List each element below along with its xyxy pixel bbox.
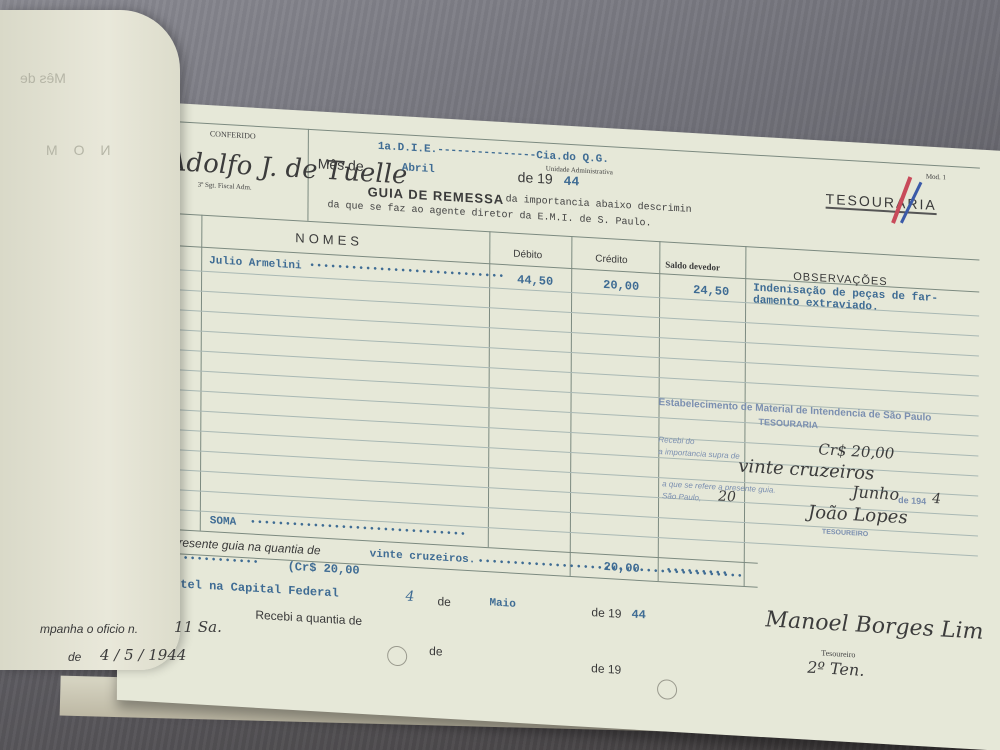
footer-year-prefix: de 19 xyxy=(591,605,621,621)
binding-hole xyxy=(387,645,407,666)
col-divider-posto xyxy=(200,215,203,531)
guia-de-remessa-form: CONFERIDO Adolfo J. de Tuelle 3º Sgt. Fi… xyxy=(117,100,1000,750)
stamp-month: Junho xyxy=(852,482,899,504)
year-prefix: de 19 xyxy=(518,169,553,187)
importa-value: vinte cruzeiros. xyxy=(370,548,476,566)
header-credito: Crédito xyxy=(595,253,627,266)
mes-label: Mês de xyxy=(318,155,364,174)
oficio-date-label: de xyxy=(68,650,81,664)
stamp-line-2: TESOURARIA xyxy=(758,417,818,430)
header-debito: Débito xyxy=(513,249,542,262)
row-nome-leader: •••••••••••••••••••••••••••• xyxy=(309,261,505,283)
row-saldo: 24,50 xyxy=(693,283,729,299)
footer-year: 44 xyxy=(631,607,645,622)
recebi-label: Recebi a quantia de xyxy=(255,608,362,628)
treasurer-signature: Manoel Borges Lim xyxy=(765,607,983,645)
stamp-signature: João Lopes xyxy=(808,502,908,529)
oficio-label: mpanha o oficio n. xyxy=(40,622,138,636)
header-nomes: NOMES xyxy=(295,230,363,249)
stamp-day: 20 xyxy=(718,488,736,505)
rule-line xyxy=(119,326,979,377)
year-value: 44 xyxy=(564,174,580,190)
form-number: Mod. 1 xyxy=(926,172,946,181)
rule-line xyxy=(119,306,979,357)
stamp-year-label: de 194 xyxy=(898,495,926,507)
footer-de: de xyxy=(437,594,450,609)
mes-value: Abril xyxy=(402,162,435,176)
stamp-role: TESOUREIRO xyxy=(822,528,868,538)
recebi-year: de 19 xyxy=(591,661,621,677)
left-page-ghost-text-2: N O M xyxy=(40,142,110,158)
col-divider-saldo xyxy=(658,241,661,581)
conferido-role: 3º Sgt. Fiscal Adm. xyxy=(198,180,252,191)
stamp-year: 4 xyxy=(932,491,941,508)
footer-month: Maio xyxy=(489,597,515,611)
stamp-amount: Cr$ 20,00 xyxy=(818,440,894,462)
soma-leader: ••••••••••••••••••••••••••••••• xyxy=(250,517,467,541)
conferido-label: CONFERIDO xyxy=(210,129,256,141)
tesouraria-label: TESOURARIA xyxy=(826,191,937,215)
oficio-date: 4 / 5 / 1944 xyxy=(100,646,186,664)
footer-day: 4 xyxy=(405,588,414,605)
treasurer-rank: 2º Ten. xyxy=(807,658,864,680)
recebi-de: de xyxy=(429,644,442,659)
soma-label: SOMA xyxy=(210,515,236,529)
col-divider-credito xyxy=(570,236,573,576)
row-nome: Julio Armelini xyxy=(209,255,301,272)
row-debito: 44,50 xyxy=(517,273,553,289)
row-credito: 20,00 xyxy=(603,278,639,294)
left-page-ghost-text-1: Mês de xyxy=(20,70,66,86)
rule-line xyxy=(119,346,979,397)
oficio-value: 11 Sa. xyxy=(174,618,222,636)
amount-value: (Cr$ 20,00 xyxy=(288,560,360,578)
header-saldo: Saldo devedor xyxy=(665,259,720,272)
left-page-curl: Mês de N O M xyxy=(0,10,180,670)
col-divider-obs xyxy=(744,246,747,586)
stamp-recebi-label: Recebi do xyxy=(658,435,694,446)
binding-hole xyxy=(657,679,677,700)
stamp-city-label: São Paulo, xyxy=(662,491,701,502)
